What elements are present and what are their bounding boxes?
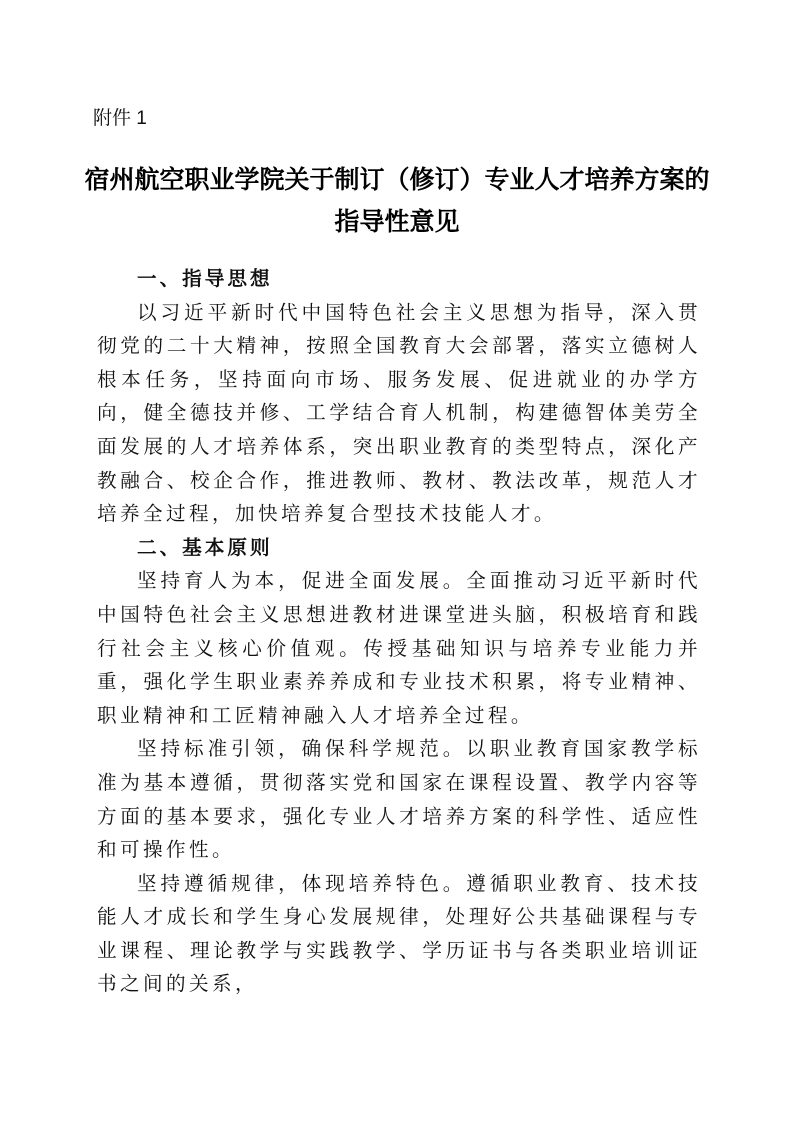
- paragraph-principle-people-oriented: 坚持育人为本，促进全面发展。全面推动习近平新时代中国特色社会主义思想进教材进课堂…: [97, 564, 701, 732]
- paragraph-guiding-ideology: 以习近平新时代中国特色社会主义思想为指导，深入贯彻党的二十大精神，按照全国教育大…: [97, 296, 701, 531]
- document-body: 一、指导思想 以习近平新时代中国特色社会主义思想为指导，深入贯彻党的二十大精神，…: [97, 262, 701, 1001]
- document-title-line-1: 宿州航空职业学院关于制订（修订）专业人才培养方案的: [60, 160, 734, 196]
- section-heading-basic-principles: 二、基本原则: [97, 531, 701, 565]
- document-page: 附件 1 宿州航空职业学院关于制订（修订）专业人才培养方案的 指导性意见 一、指…: [0, 0, 794, 1122]
- paragraph-principle-laws: 坚持遵循规律，体现培养特色。遵循职业教育、技术技能人才成长和学生身心发展规律，处…: [97, 867, 701, 1001]
- document-title-line-2: 指导性意见: [60, 202, 734, 238]
- attachment-label: 附件 1: [93, 103, 147, 130]
- section-heading-guiding-ideology: 一、指导思想: [97, 262, 701, 296]
- paragraph-principle-standards: 坚持标准引领，确保科学规范。以职业教育国家教学标准为基本遵循，贯彻落实党和国家在…: [97, 732, 701, 866]
